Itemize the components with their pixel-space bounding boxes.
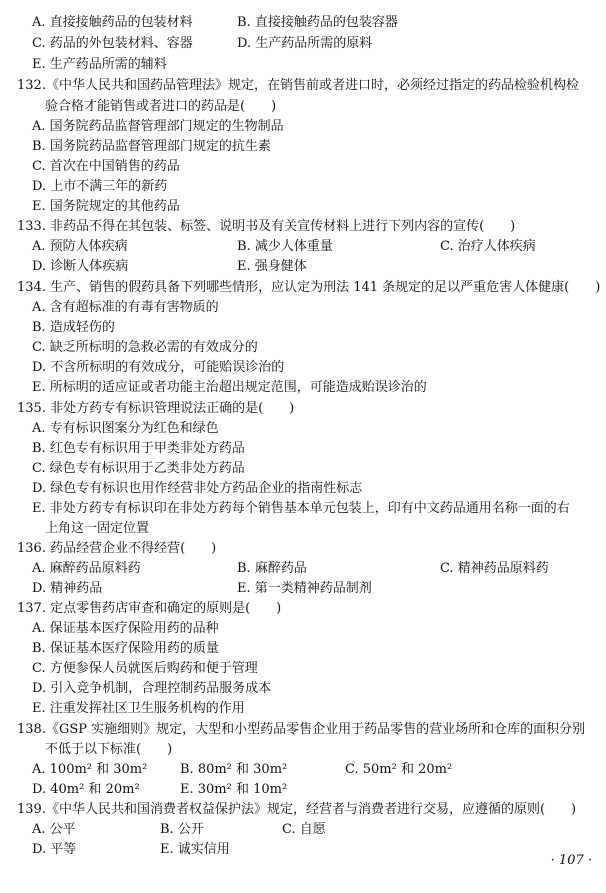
q134-option-c: C. 缺乏所标明的急救必需的有效成分的 (32, 339, 258, 357)
document-page: A. 直接接触药品的包装材料 B. 直接接触药品的包装容器 C. 药品的外包装材… (0, 0, 606, 893)
page-number: · 107 · (551, 853, 592, 868)
q138-stem: 138.《GSP 实施细则》规定，大型和小型药品零售企业用于药品零售的营业场所和… (17, 721, 585, 739)
q136-option-d: D. 精神药品 (32, 580, 102, 598)
q135-option-a: A. 专有标识图案分为红色和绿色 (32, 420, 219, 438)
q135-option-e-continued: 上角这一固定位置 (45, 520, 149, 538)
q137-stem: 137. 定点零售药店审查和确定的原则是( ) (17, 600, 281, 618)
q138-option-a: A. 100m² 和 30m² (32, 761, 147, 779)
q138-stem-continued: 不低于以下标准( ) (45, 741, 172, 759)
q133-option-a: A. 预防人体疾病 (32, 238, 128, 256)
q131-option-b: B. 直接接触药品的包装容器 (237, 14, 398, 32)
q134-option-b: B. 造成轻伤的 (32, 319, 115, 337)
q133-stem: 133. 非药品不得在其包装、标签、说明书及有关宣传材料上进行下列内容的宣传( … (17, 218, 515, 236)
q139-stem: 139.《中华人民共和国消费者权益保护法》规定，经营者与消费者进行交易，应遵循的… (17, 801, 576, 819)
q133-option-e: E. 强身健体 (237, 258, 307, 276)
q139-option-e: E. 诚实信用 (160, 841, 230, 859)
q134-option-d: D. 不含所标明的有效成分，可能贻误诊治的 (32, 359, 284, 377)
q138-option-c: C. 50m² 和 20m² (345, 761, 452, 779)
q137-option-d: D. 引入竞争机制，合理控制药品服务成本 (32, 680, 271, 698)
q131-option-e: E. 生产药品所需的辅料 (32, 56, 167, 74)
q138-option-d: D. 40m² 和 20m² (32, 781, 140, 799)
q136-stem: 136. 药品经营企业不得经营( ) (17, 540, 216, 558)
q137-option-b: B. 保证基本医疗保险用药的质量 (32, 640, 219, 658)
q136-option-e: E. 第一类精神药品制剂 (237, 580, 372, 598)
q137-option-c: C. 方便参保人员就医后购药和便于管理 (32, 660, 258, 678)
q135-option-d: D. 绿色专有标识也用作经营非处方药品企业的指南性标志 (32, 480, 362, 498)
q132-option-e: E. 国务院规定的其他药品 (32, 198, 180, 216)
q136-option-b: B. 麻醉药品 (237, 560, 307, 578)
q132-option-d: D. 上市不满三年的新药 (32, 178, 167, 196)
q132-option-a: A. 国务院药品监督管理部门规定的生物制品 (32, 118, 284, 136)
q139-option-d: D. 平等 (32, 841, 76, 859)
q139-option-a: A. 公平 (32, 821, 76, 839)
q137-option-a: A. 保证基本医疗保险用药的品种 (32, 620, 219, 638)
q136-option-a: A. 麻醉药品原料药 (32, 560, 141, 578)
q133-option-b: B. 减少人体重量 (237, 238, 333, 256)
q132-stem: 132.《中华人民共和国药品管理法》规定，在销售前或者进口时，必须经过指定的药品… (17, 77, 579, 95)
q136-option-c: C. 精神药品原料药 (440, 560, 549, 578)
q135-stem: 135. 非处方药专有标识管理说法正确的是( ) (17, 400, 294, 418)
q133-option-d: D. 诊断人体疾病 (32, 258, 128, 276)
q135-option-c: C. 绿色专有标识用于乙类非处方药品 (32, 460, 245, 478)
q132-option-c: C. 首次在中国销售的药品 (32, 158, 180, 176)
q139-option-b: B. 公开 (160, 821, 204, 839)
q131-option-d: D. 生产药品所需的原料 (237, 35, 372, 53)
q131-option-a: A. 直接接触药品的包装材料 (32, 14, 193, 32)
q135-option-b: B. 红色专有标识用于甲类非处方药品 (32, 440, 245, 458)
q135-option-e: E. 非处方药专有标识印在非处方药每个销售基本单元包装上，印有中文药品通用名称一… (32, 500, 570, 518)
q134-option-e: E. 所标明的适应证或者功能主治超出规定范围，可能造成贻误诊治的 (32, 379, 427, 397)
q132-option-b: B. 国务院药品监督管理部门规定的抗生素 (32, 138, 271, 156)
q139-option-c: C. 自愿 (282, 821, 326, 839)
q138-option-e: E. 30m² 和 10m² (180, 781, 287, 799)
q134-stem: 134. 生产、销售的假药具备下列哪些情形，应认定为刑法 141 条规定的足以严… (17, 279, 600, 297)
q138-option-b: B. 80m² 和 30m² (180, 761, 287, 779)
q134-option-a: A. 含有超标准的有毒有害物质的 (32, 299, 219, 317)
q131-option-c: C. 药品的外包装材料、容器 (32, 35, 193, 53)
q137-option-e: E. 注重发挥社区卫生服务机构的作用 (32, 700, 245, 718)
q132-stem-continued: 验合格才能销售或者进口的药品是( ) (45, 98, 276, 116)
q133-option-c: C. 治疗人体疾病 (440, 238, 536, 256)
